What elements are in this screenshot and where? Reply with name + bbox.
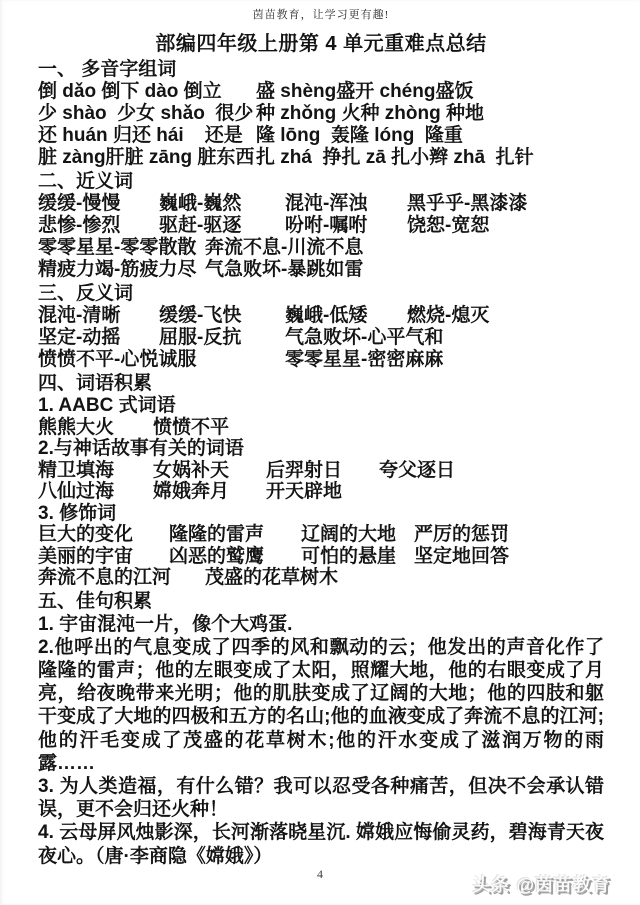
word-row: 奔流不息的江河 茂盛的花草树木 — [38, 567, 604, 589]
section-heading: 四、词语积累 — [38, 373, 604, 395]
section-ciyu-jilei: 四、词语积累 1. AABC 式词语 熊熊大火 愤愤不平 2.与神话故事有关的词… — [38, 373, 604, 589]
myth-idiom: 八仙过海 — [38, 481, 153, 503]
sub-heading: 1. AABC 式词语 — [38, 395, 604, 417]
synonym-pair: 气急败坏-暴跳如雷 — [205, 259, 363, 281]
section-jinyici: 二、近义词 缓缓-慢慢 巍峨-巍然 混沌-浑浊 黑乎乎-黑漆漆 悲惨-惨烈 驱赶… — [38, 171, 604, 281]
modifier-phrase: 可怕的悬崖 — [301, 546, 414, 568]
sub-heading-label: 3. 修饰词 — [38, 503, 116, 525]
antonym-pair: 混沌-清晰 — [38, 305, 159, 327]
synonym-pair: 混沌-浑浊 — [285, 193, 407, 215]
document-page: { "header_note": "茵苗教育，让学习更有趣!", "title"… — [0, 0, 640, 905]
modifier-phrase: 奔流不息的江河 — [38, 567, 205, 589]
synonym-pair: 精疲力竭-筋疲力尽 — [38, 259, 205, 281]
myth-idiom: 开天辟地 — [266, 481, 342, 503]
section-heading: 二、近义词 — [38, 171, 604, 193]
sub-heading: 2.与神话故事有关的词语 — [38, 438, 604, 460]
modifier-phrase: 辽阔的大地 — [301, 524, 414, 546]
word-row: 坚定-动摇 屈服-反抗 气急败坏-心平气和 — [38, 327, 604, 349]
section-duoyinzi: 一、 多音字组词 倒 dǎo 倒下 dào 倒立 盛 shèng盛开 chéng… — [38, 59, 604, 169]
polyphone-entry: 种 zhǒng 火种 zhòng 种地 — [256, 103, 484, 125]
word-row: 少 shào 少女 shǎo 很少 种 zhǒng 火种 zhòng 种地 — [38, 103, 604, 125]
modifier-phrase: 茂盛的花草树木 — [205, 567, 338, 589]
word-row: 精卫填海 女娲补天 后羿射日 夸父逐日 — [38, 460, 604, 482]
section-heading: 三、反义词 — [38, 283, 604, 305]
synonym-pair: 奔流不息-川流不息 — [205, 237, 363, 259]
polyphone-entry: 脏 zàng肝脏 zāng 脏东西 — [38, 147, 256, 169]
word-row: 脏 zàng肝脏 zāng 脏东西 扎 zhá 挣扎 zā 扎小辫 zhā 扎针 — [38, 147, 604, 169]
section-jiaju-jilei: 五、佳句积累 1. 宇宙混沌一片，像个大鸡蛋. 2.他呼出的气息变成了四季的风和… — [38, 591, 604, 868]
antonym-pair: 气急败坏-心平气和 — [285, 327, 443, 349]
modifier-phrase: 隆隆的雷声 — [169, 524, 301, 546]
polyphone-entry: 扎 zhá 挣扎 zā 扎小辫 zhā 扎针 — [256, 147, 534, 169]
modifier-phrase: 凶恶的鹫鹰 — [169, 546, 301, 568]
synonym-pair: 悲惨-惨烈 — [38, 215, 159, 237]
myth-idiom: 夸父逐日 — [379, 460, 455, 482]
word-row: 倒 dǎo 倒下 dào 倒立 盛 shèng盛开 chéng盛饭 — [38, 81, 604, 103]
synonym-pair: 黑乎乎-黑漆漆 — [407, 193, 527, 215]
section-heading: 五、佳句积累 — [38, 591, 604, 613]
synonym-pair: 零零星星-零零散散 — [38, 237, 205, 259]
myth-idiom: 女娲补天 — [153, 460, 266, 482]
sentence-item: 3. 为人类造福，有什么错？我可以忍受各种痛苦，但决不会承认错误，更不会归还火种… — [38, 775, 604, 821]
synonym-pair: 吩咐-嘱咐 — [285, 215, 407, 237]
antonym-pair: 零零星星-密密麻麻 — [285, 349, 443, 371]
word-row: 巨大的变化 隆隆的雷声 辽阔的大地 严厉的惩罚 — [38, 524, 604, 546]
aabc-word: 愤愤不平 — [153, 417, 229, 439]
toutiao-watermark: 头条 @茵苗教育 — [472, 871, 611, 897]
sentence-item: 2.他呼出的气息变成了四季的风和飘动的云；他发出的声音化作了隆隆的雷声；他的左眼… — [38, 636, 604, 775]
myth-idiom: 后羿射日 — [266, 460, 379, 482]
aabc-word: 熊熊大火 — [38, 417, 153, 439]
antonym-pair: 屈服-反抗 — [159, 327, 285, 349]
modifier-phrase: 严厉的惩罚 — [414, 524, 509, 546]
antonym-pair: 巍峨-低矮 — [285, 305, 407, 327]
header-note: 茵苗教育，让学习更有趣! — [38, 8, 604, 23]
word-row: 八仙过海 嫦娥奔月 开天辟地 — [38, 481, 604, 503]
synonym-pair: 饶恕-宽恕 — [407, 215, 489, 237]
antonym-pair: 愤愤不平-心悦诚服 — [38, 349, 285, 371]
modifier-phrase: 坚定地回答 — [414, 546, 509, 568]
sub-heading-label: 2.与神话故事有关的词语 — [38, 438, 244, 460]
word-row: 熊熊大火 愤愤不平 — [38, 417, 604, 439]
myth-idiom: 精卫填海 — [38, 460, 153, 482]
sub-heading-label: 1. AABC 式词语 — [38, 395, 176, 417]
myth-idiom: 嫦娥奔月 — [153, 481, 266, 503]
antonym-pair: 燃烧-熄灭 — [407, 305, 489, 327]
antonym-pair: 缓缓-飞快 — [159, 305, 285, 327]
word-row: 愤愤不平-心悦诚服 零零星星-密密麻麻 — [38, 349, 604, 371]
sentence-item: 4. 云母屏风烛影深，长河渐落晓星沉. 嫦娥应悔偷灵药，碧海青天夜夜心。（唐·李… — [38, 821, 604, 867]
antonym-pair: 坚定-动摇 — [38, 327, 159, 349]
modifier-phrase: 美丽的宇宙 — [38, 546, 169, 568]
polyphone-entry: 隆 lōng 轰隆 lóng 隆重 — [256, 125, 463, 147]
section-heading: 一、 多音字组词 — [38, 59, 604, 81]
polyphone-entry: 少 shào 少女 shǎo 很少 — [38, 103, 256, 125]
modifier-phrase: 巨大的变化 — [38, 524, 169, 546]
page-content: 茵苗教育，让学习更有趣! 部编四年级上册第 4 单元重难点总结 一、 多音字组词… — [0, 0, 640, 868]
synonym-pair: 驱赶-驱逐 — [159, 215, 285, 237]
word-row: 精疲力竭-筋疲力尽 气急败坏-暴跳如雷 — [38, 259, 604, 281]
word-row: 混沌-清晰 缓缓-飞快 巍峨-低矮 燃烧-熄灭 — [38, 305, 604, 327]
polyphone-entry: 还 huán 归还 hái 还是 — [38, 125, 256, 147]
synonym-pair: 缓缓-慢慢 — [38, 193, 159, 215]
sub-heading: 3. 修饰词 — [38, 503, 604, 525]
polyphone-entry: 倒 dǎo 倒下 dào 倒立 — [38, 81, 256, 103]
page-title: 部编四年级上册第 4 单元重难点总结 — [38, 32, 604, 57]
polyphone-entry: 盛 shèng盛开 chéng盛饭 — [256, 81, 473, 103]
word-row: 缓缓-慢慢 巍峨-巍然 混沌-浑浊 黑乎乎-黑漆漆 — [38, 193, 604, 215]
word-row: 还 huán 归还 hái 还是 隆 lōng 轰隆 lóng 隆重 — [38, 125, 604, 147]
word-row: 悲惨-惨烈 驱赶-驱逐 吩咐-嘱咐 饶恕-宽恕 — [38, 215, 604, 237]
word-row: 美丽的宇宙 凶恶的鹫鹰 可怕的悬崖 坚定地回答 — [38, 546, 604, 568]
word-row: 零零星星-零零散散 奔流不息-川流不息 — [38, 237, 604, 259]
synonym-pair: 巍峨-巍然 — [159, 193, 285, 215]
sentence-item: 1. 宇宙混沌一片，像个大鸡蛋. — [38, 613, 604, 636]
section-fanyici: 三、反义词 混沌-清晰 缓缓-飞快 巍峨-低矮 燃烧-熄灭 坚定-动摇 屈服-反… — [38, 283, 604, 371]
